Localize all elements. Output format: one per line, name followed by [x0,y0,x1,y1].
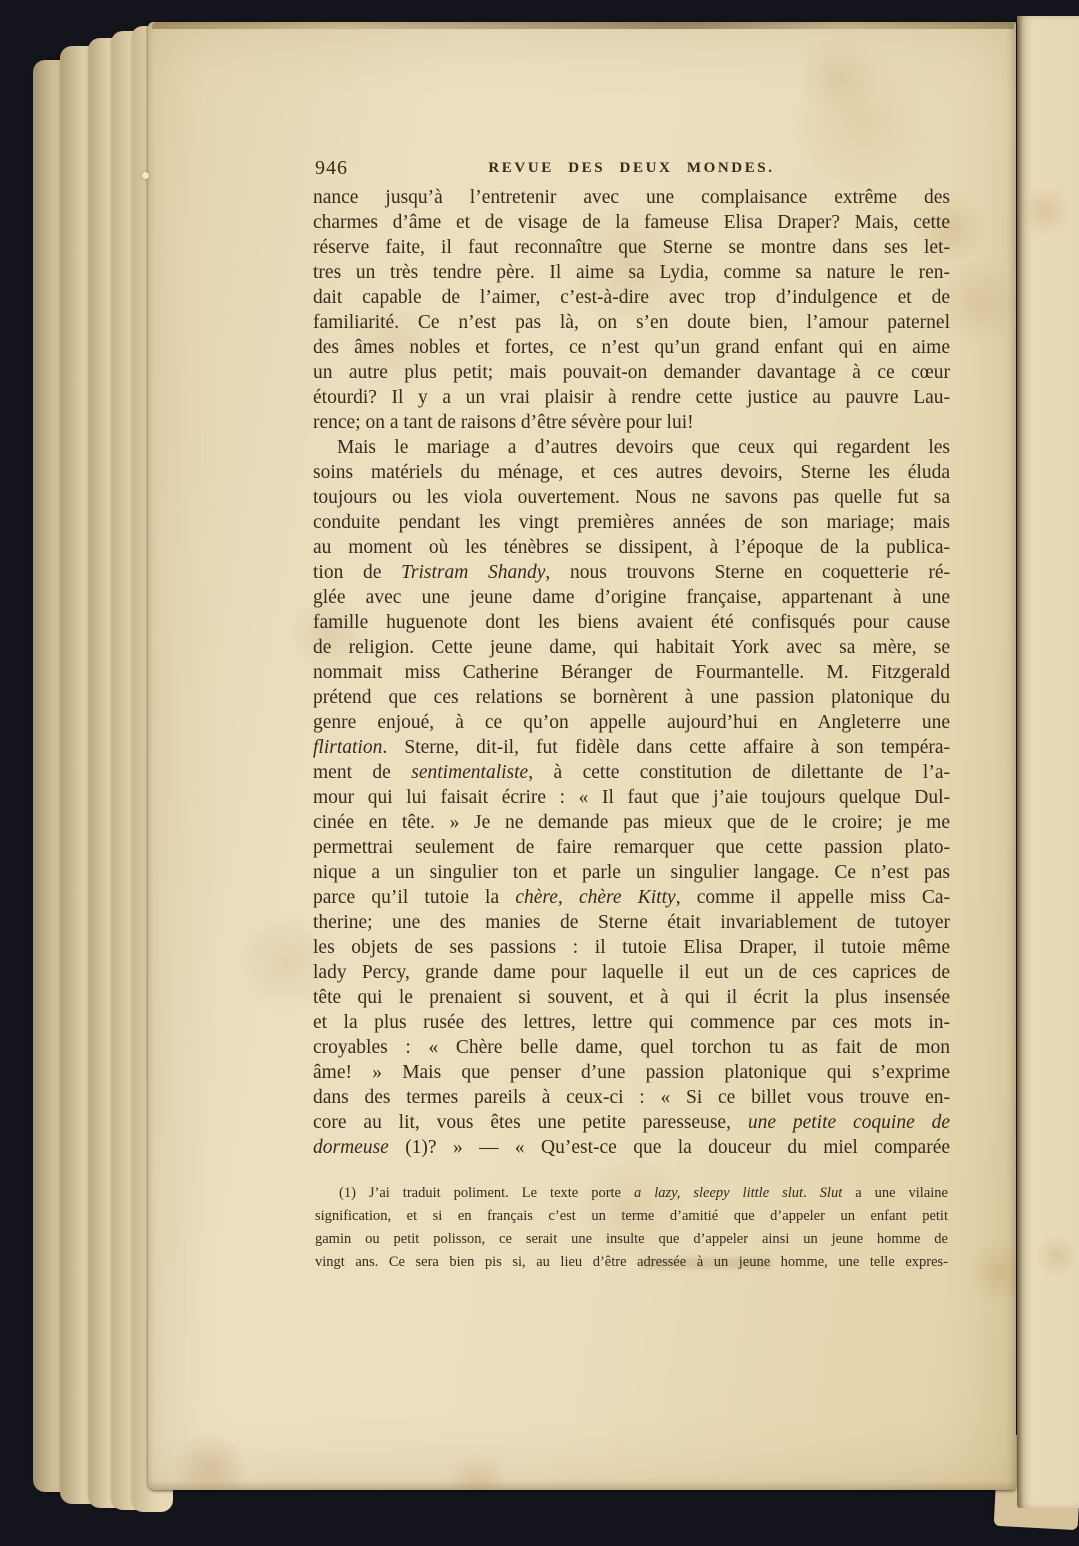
text-line: nique a un singulier ton et parle un sin… [313,860,950,885]
text-line: flirtation. Sterne, dit-il, fut fidèle d… [313,735,950,760]
text-line: conduite pendant les vingt premières ann… [313,510,950,535]
text-line: tres un très tendre père. Il aime sa Lyd… [313,260,950,285]
adjacent-page-edge [1017,16,1079,1508]
text-line: croyables : « Chère belle dame, quel tor… [313,1035,950,1060]
text-line: gamin ou petit polisson, ce serait une i… [315,1228,948,1251]
body-text: nance jusqu’à l’entretenir avec une comp… [313,185,950,1160]
text-line: prétend que ces relations se bornèrent à… [313,685,950,710]
text-line: âme! » Mais que penser d’une passion pla… [313,1060,950,1085]
text-line: soins matériels du ménage, et ces autres… [313,460,950,485]
text-line: core au lit, vous êtes une petite paress… [313,1110,950,1135]
text-line: glée avec une jeune dame d’origine franç… [313,585,950,610]
text-line: nommait miss Catherine Béranger de Fourm… [313,660,950,685]
text-line: rence; on a tant de raisons d’être sévèr… [313,410,950,435]
text-line: de religion. Cette jeune dame, qui habit… [313,635,950,660]
book-scene: 946 REVUE DES DEUX MONDES. nance jusqu’à… [0,0,1079,1546]
text-line: famille huguenote dont les biens avaient… [313,610,950,635]
text-line: mour qui lui faisait écrire : « Il faut … [313,785,950,810]
text-line: et la plus rusée des lettres, lettre qui… [313,1010,950,1035]
page-number: 946 [315,157,348,180]
text-line: étourdi? Il y a un vrai plaisir à rendre… [313,385,950,410]
text-line: tion de Tristram Shandy, nous trouvons S… [313,560,950,585]
text-line: vingt ans. Ce sera bien pis si, au lieu … [315,1251,948,1274]
book-page: 946 REVUE DES DEUX MONDES. nance jusqu’à… [148,22,1016,1490]
text-line: dait capable de l’aimer, c’est-à-dire av… [313,285,950,310]
text-line: genre enjoué, à ce qu’on appelle aujourd… [313,710,950,735]
text-line: nance jusqu’à l’entretenir avec une comp… [313,185,950,210]
text-line: permettrai seulement de faire remarquer … [313,835,950,860]
text-line: des âmes nobles et fortes, ce n’est qu’u… [313,335,950,360]
text-line: lady Percy, grande dame pour laquelle il… [313,960,950,985]
text-line: (1) J’ai traduit poliment. Le texte port… [315,1182,948,1205]
text-line: charmes d’âme et de visage de la fameuse… [313,210,950,235]
paper-flaw-spot [142,172,149,179]
text-line: tête qui le prenaient si souvent, et à q… [313,985,950,1010]
text-line: toujours ou les viola ouvertement. Nous … [313,485,950,510]
text-line: familiarité. Ce n’est pas là, on s’en do… [313,310,950,335]
text-line: parce qu’il tutoie la chère, chère Kitty… [313,885,950,910]
text-line: dans des termes pareils à ceux-ci : « Si… [313,1085,950,1110]
text-line: au moment où les ténèbres se dissipent, … [313,535,950,560]
text-line: Mais le mariage a d’autres devoirs que c… [313,435,950,460]
scanned-book-photograph: { "page": { "folio": "946", "running_tit… [0,0,1079,1546]
footnote: (1) J’ai traduit poliment. Le texte port… [315,1182,948,1274]
running-title: REVUE DES DEUX MONDES. [313,156,950,177]
page-header: 946 REVUE DES DEUX MONDES. [313,156,950,180]
text-line: cinée en tête. » Je ne demande pas mieux… [313,810,950,835]
text-line: un autre plus petit; mais pouvait-on dem… [313,360,950,385]
text-line: réserve faite, il faut reconnaître que S… [313,235,950,260]
text-line: therine; une des manies de Sterne était … [313,910,950,935]
text-line: ment de sentimentaliste, à cette constit… [313,760,950,785]
text-line: dormeuse (1)? » — « Qu’est-ce que la dou… [313,1135,950,1160]
text-line: signification, et si en français c’est u… [315,1205,948,1228]
text-line: les objets de ses passions : il tutoie E… [313,935,950,960]
